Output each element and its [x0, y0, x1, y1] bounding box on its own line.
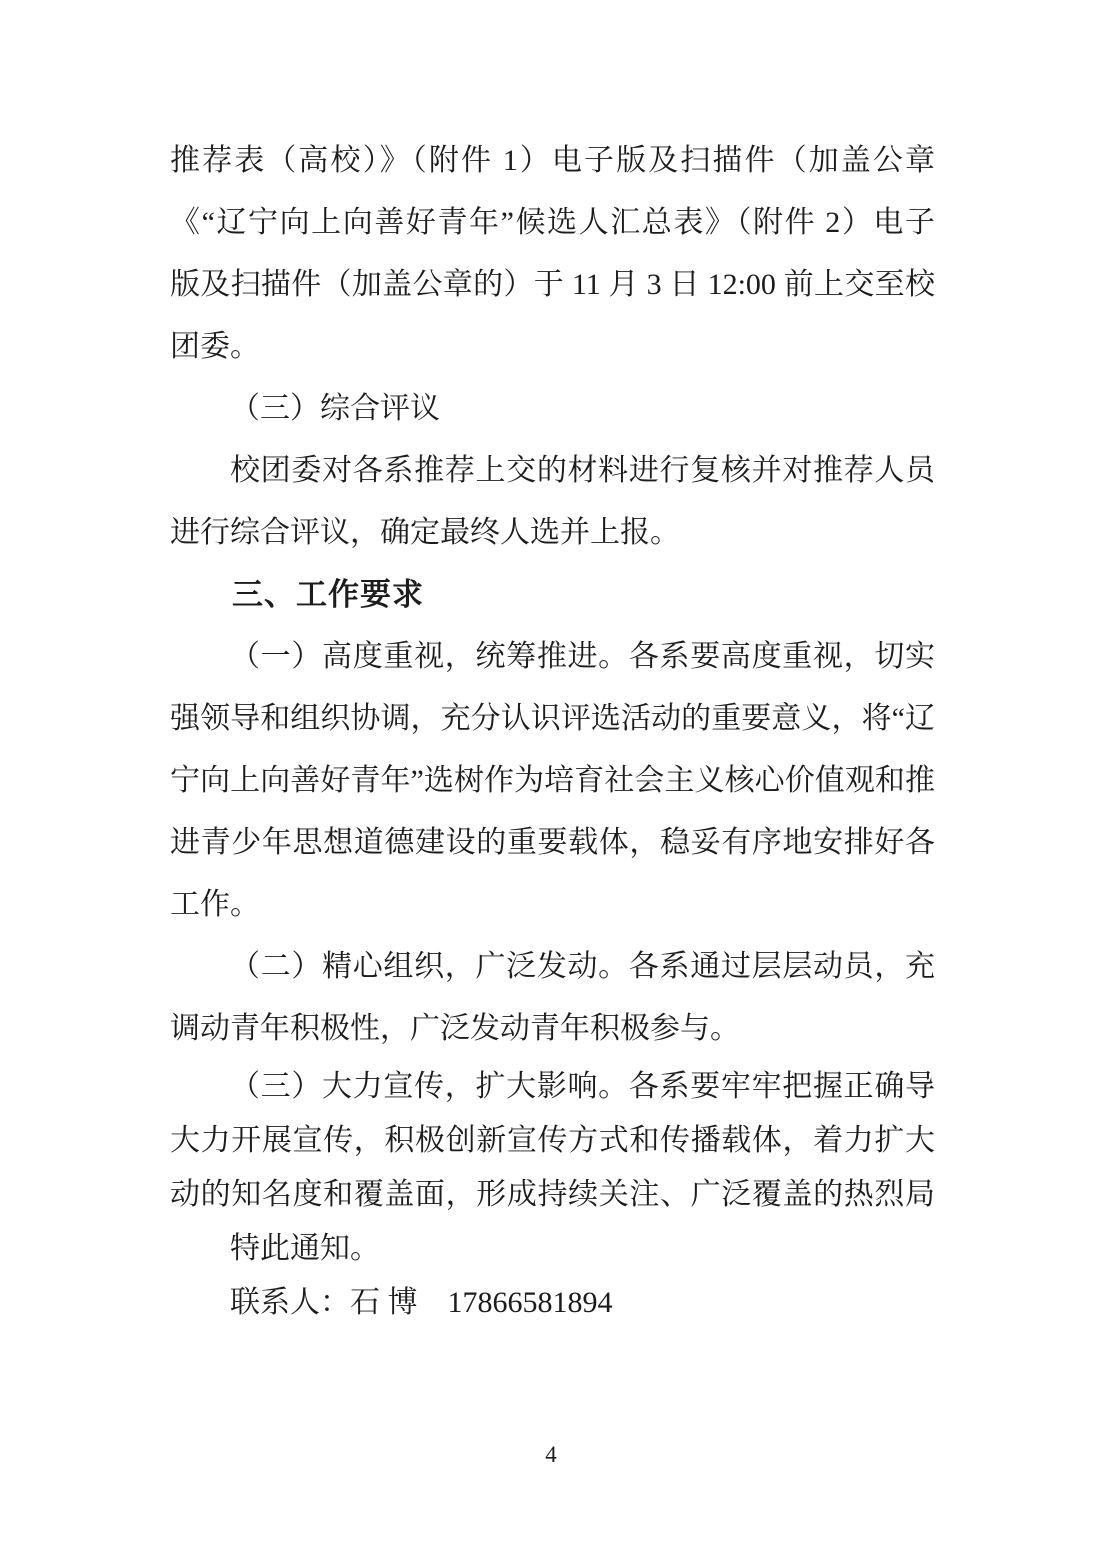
- text-line: 调动青年积极性，广泛发动青年积极参与。: [170, 998, 935, 1060]
- text-line: （一）高度重视，统筹推进。各系要高度重视，切实加: [170, 626, 935, 688]
- text-line: 推荐表（高校）》（附件 1）电子版及扫描件（加盖公章的）、: [170, 130, 935, 192]
- text-line: 进青少年思想道德建设的重要载体，稳妥有序地安排好各项: [170, 812, 935, 874]
- text-line: 工作。: [170, 874, 935, 936]
- text-line: 团委。: [170, 316, 935, 378]
- text-line: （三）综合评议: [170, 378, 935, 440]
- text-line: 大力开展宣传，积极创新宣传方式和传播载体，着力扩大活: [170, 1114, 935, 1168]
- page-number: 4: [0, 1442, 1102, 1468]
- text-line: 三、工作要求: [170, 564, 935, 626]
- text-line: 校团委对各系推荐上交的材料进行复核并对推荐人员: [170, 440, 935, 502]
- text-line: （二）精心组织，广泛发动。各系通过层层动员，充分: [170, 936, 935, 998]
- text-line: 强领导和组织协调，充分认识评选活动的重要意义，将“辽: [170, 688, 935, 750]
- text-line: （三）大力宣传，扩大影响。各系要牢牢把握正确导向，: [170, 1060, 935, 1114]
- text-line: 联系人：石 博 17866581894: [170, 1276, 935, 1330]
- text-line: 特此通知。: [170, 1222, 935, 1276]
- document-body: 推荐表（高校）》（附件 1）电子版及扫描件（加盖公章的）、《“辽宁向上向善好青年…: [170, 130, 935, 1330]
- text-line: 版及扫描件（加盖公章的）于 11 月 3 日 12:00 前上交至校: [170, 254, 935, 316]
- text-line: 《“辽宁向上向善好青年”候选人汇总表》（附件 2）电子: [170, 192, 935, 254]
- text-line: 宁向上向善好青年”选树作为培育社会主义核心价值观和推: [170, 750, 935, 812]
- text-line: 动的知名度和覆盖面，形成持续关注、广泛覆盖的热烈局面。: [170, 1168, 935, 1222]
- document-page: 推荐表（高校）》（附件 1）电子版及扫描件（加盖公章的）、《“辽宁向上向善好青年…: [0, 0, 1102, 1559]
- text-line: 进行综合评议，确定最终人选并上报。: [170, 502, 935, 564]
